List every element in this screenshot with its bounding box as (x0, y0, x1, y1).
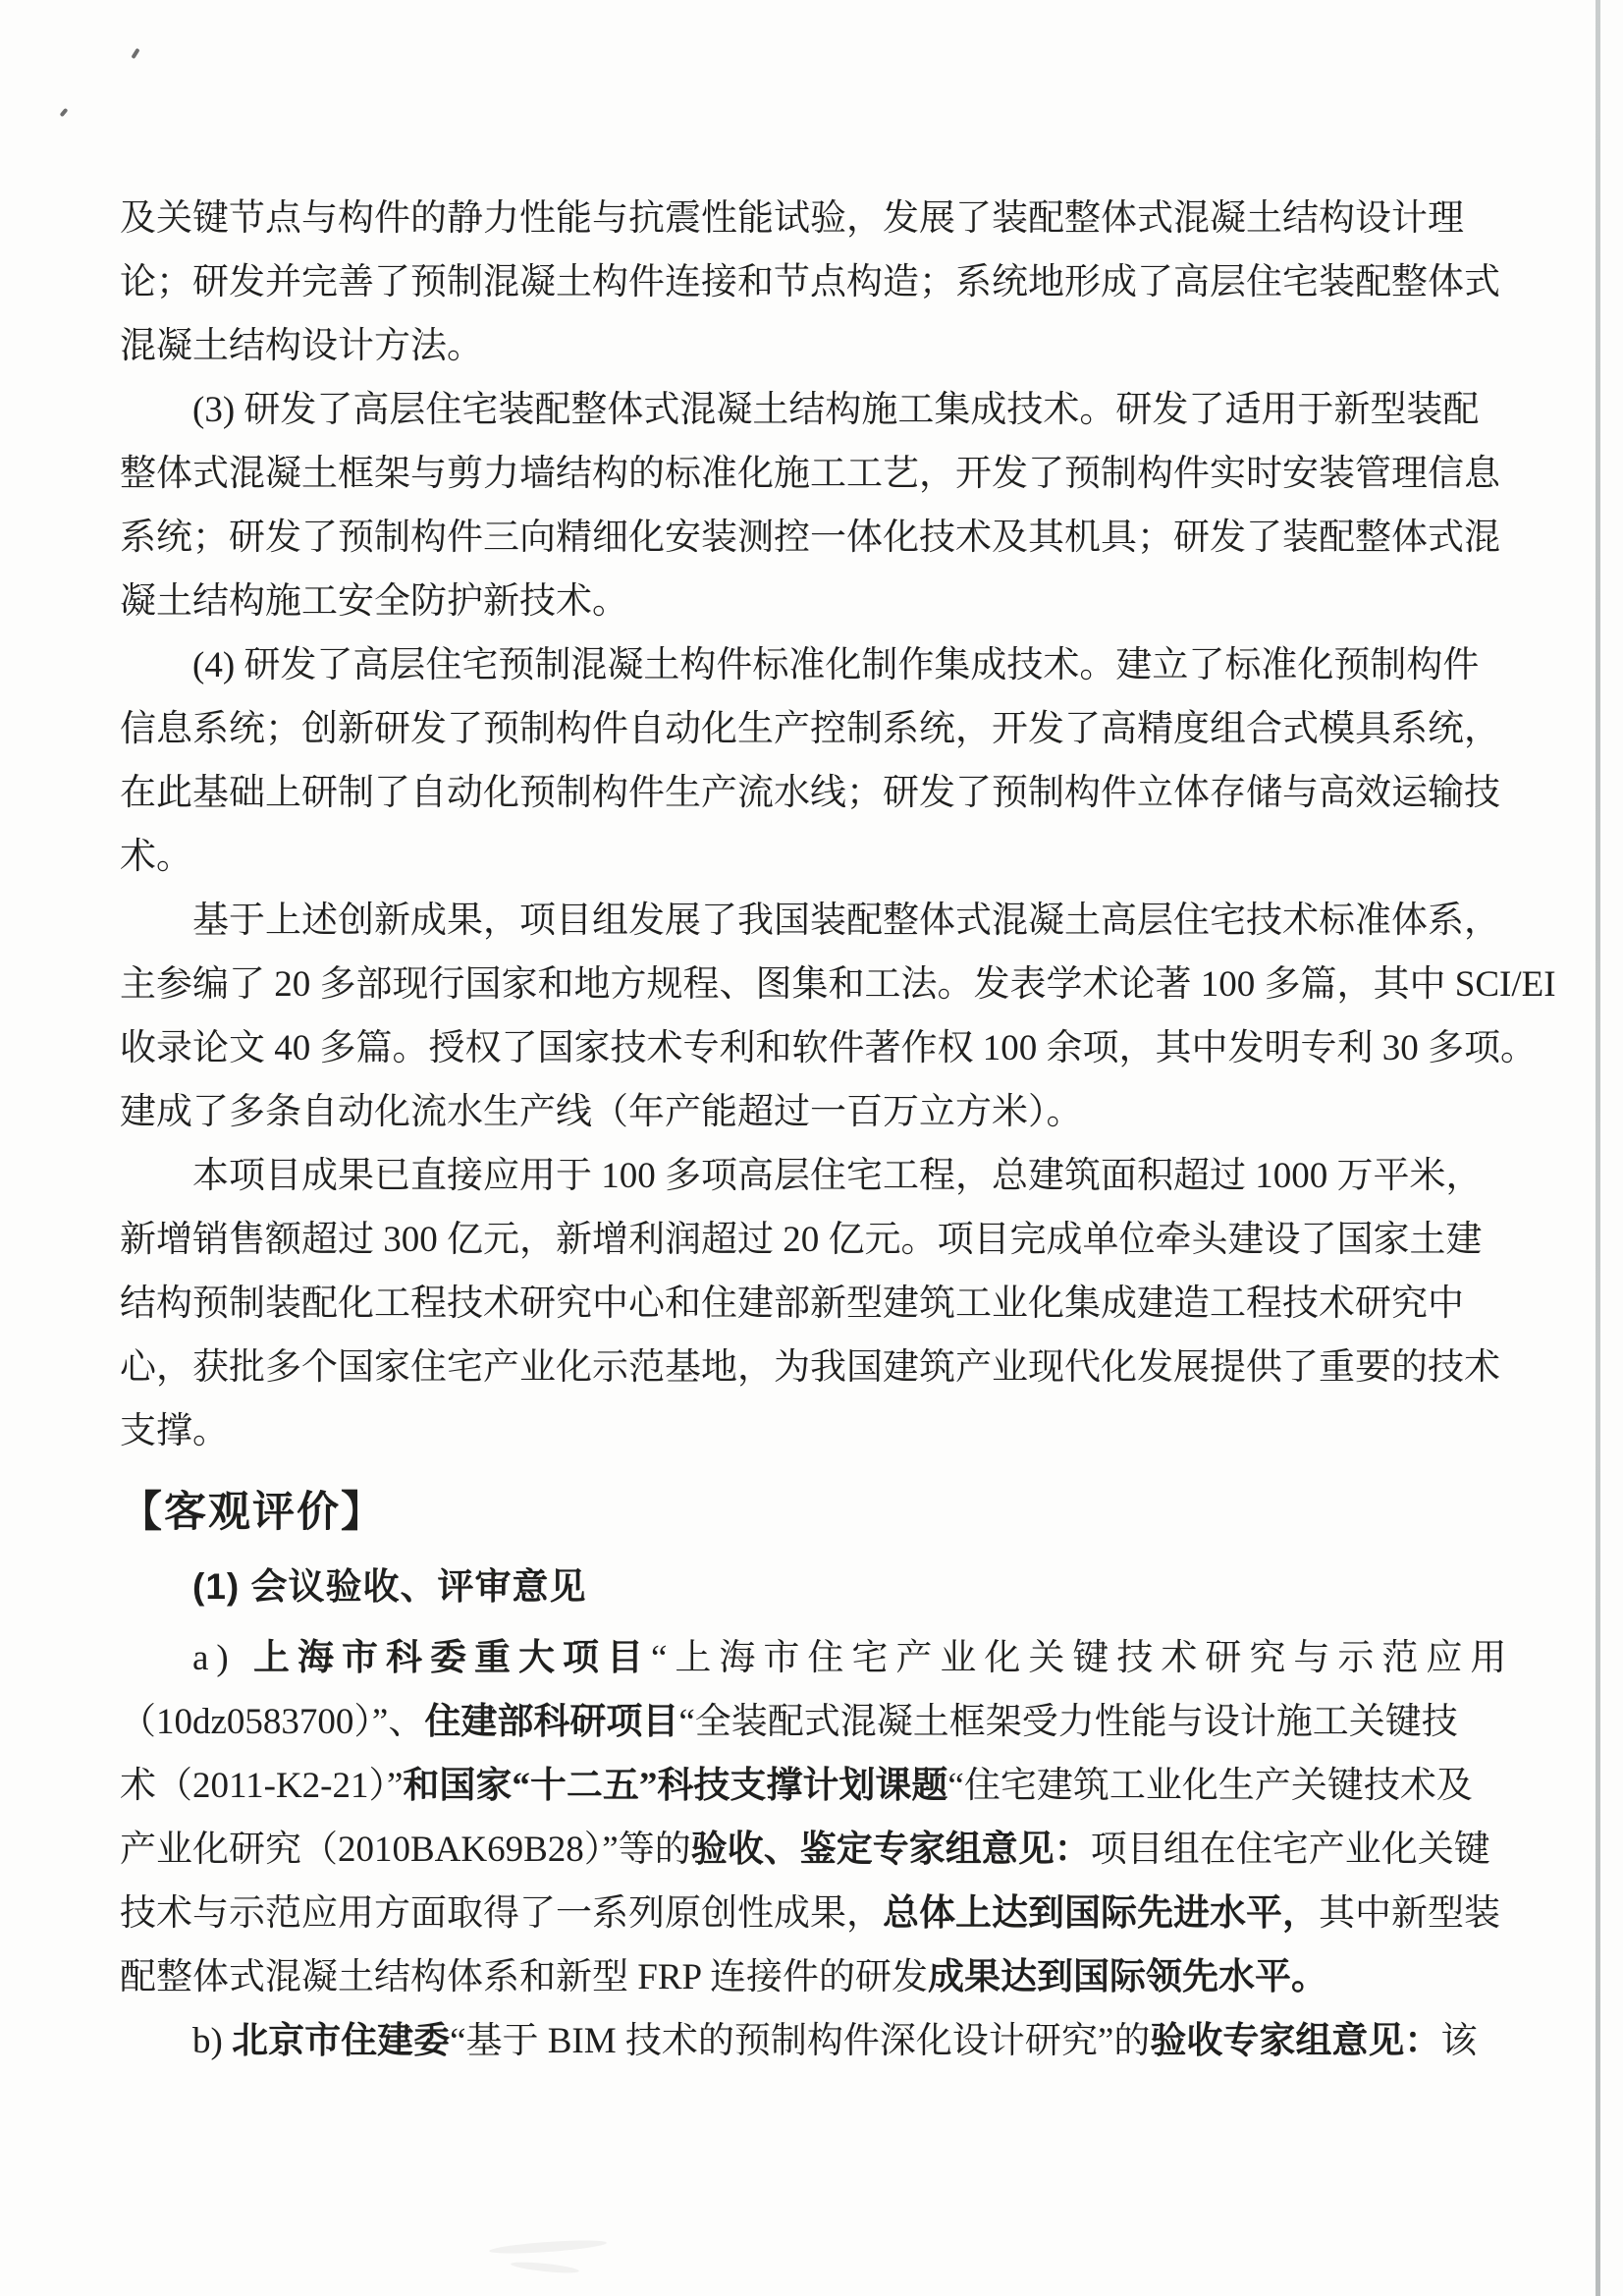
scan-smudge (489, 2238, 607, 2256)
text-run: 信息系统；创新研发了预制构件自动化生产控制系统，开发了高精度组合式模具系统， (120, 709, 1500, 749)
scan-smudge (511, 2260, 579, 2274)
text-run: b) (192, 2021, 232, 2061)
text-run: 凝土结构施工安全防护新技术。 (120, 581, 628, 622)
text-run-bold: 北京市住建委 (232, 2021, 450, 2061)
text-line: 凝土结构施工安全防护新技术。 (120, 570, 1505, 633)
text-run-bold: 总体上达到国际先进水平， (883, 1893, 1319, 1934)
text-run: 支撑。 (120, 1411, 229, 1451)
text-line: b) 北京市住建委“基于 BIM 技术的预制构件深化设计研究”的验收专家组意见：… (120, 2009, 1505, 2073)
text-run: 心，获批多个国家住宅产业化示范基地，为我国建筑产业现代化发展提供了重要的技术 (120, 1347, 1500, 1388)
para-application-and-impact: 本项目成果已直接应用于 100 多项高层住宅工程，总建筑面积超过 1000 万平… (120, 1144, 1505, 1463)
text-run: 主参编了 20 多部现行国家和地方规程、图集和工法。发表学术论著 100 多篇，… (120, 964, 1556, 1005)
text-line: (1) 会议验收、评审意见 (120, 1555, 1505, 1618)
text-line: 收录论文 40 多篇。授权了国家技术专利和软件著作权 100 余项，其中发明专利… (120, 1016, 1505, 1080)
text-run: （10dz0583700）”、 (120, 1702, 424, 1742)
text-run: 整体式混凝土框架与剪力墙结构的标准化施工工艺，开发了预制构件实时安装管理信息 (120, 454, 1500, 494)
text-run: 项目组在住宅产业化关键 (1091, 1830, 1490, 1870)
text-line: 配整体式混凝土结构体系和新型 FRP 连接件的研发成果达到国际领先水平。 (120, 1945, 1505, 2009)
text-run: “住宅建筑工业化生产关键技术及 (947, 1766, 1472, 1806)
text-run-bold: 住建部科研项目 (424, 1702, 678, 1742)
text-line: 及关键节点与构件的静力性能与抗震性能试验，发展了装配整体式混凝土结构设计理 (120, 187, 1505, 250)
text-run: 配整体式混凝土结构体系和新型 FRP 连接件的研发 (120, 1957, 928, 1997)
text-run-bold: (1) 会议验收、评审意见 (192, 1566, 587, 1607)
text-run: 在此基础上研制了自动化预制构件生产流水线；研发了预制构件立体存储与高效运输技 (120, 773, 1500, 813)
text-run-bold: 成果达到国际领先水平。 (928, 1957, 1327, 1997)
text-line: 整体式混凝土框架与剪力墙结构的标准化施工工艺，开发了预制构件实时安装管理信息 (120, 442, 1505, 506)
para-item3-construction-integration: (3) 研发了高层住宅装配整体式混凝土结构施工集成技术。研发了适用于新型装配整体… (120, 378, 1505, 633)
text-line: 系统；研发了预制构件三向精细化安装测控一体化技术及其机具；研发了装配整体式混 (120, 506, 1505, 570)
text-line: 心，获批多个国家住宅产业化示范基地，为我国建筑产业现代化发展提供了重要的技术 (120, 1336, 1505, 1399)
text-run: (3) 研发了高层住宅装配整体式混凝土结构施工集成技术。研发了适用于新型装配 (192, 390, 1479, 430)
para-carryover-design-method: 及关键节点与构件的静力性能与抗震性能试验，发展了装配整体式混凝土结构设计理论；研… (120, 187, 1505, 378)
text-run: 系统；研发了预制构件三向精细化安装测控一体化技术及其机具；研发了装配整体式混 (120, 518, 1500, 558)
text-line: 本项目成果已直接应用于 100 多项高层住宅工程，总建筑面积超过 1000 万平… (120, 1144, 1505, 1208)
text-run: 收录论文 40 多篇。授权了国家技术专利和软件著作权 100 余项，其中发明专利… (120, 1028, 1537, 1068)
text-run: “基于 BIM 技术的预制构件深化设计研究”的 (450, 2021, 1150, 2061)
text-line: 新增销售额超过 300 亿元，新增利润超过 20 亿元。项目完成单位牵头建设了国… (120, 1208, 1505, 1272)
text-run: 本项目成果已直接应用于 100 多项高层住宅工程，总建筑面积超过 1000 万平… (192, 1156, 1483, 1196)
text-flow: 及关键节点与构件的静力性能与抗震性能试验，发展了装配整体式混凝土结构设计理论；研… (0, 0, 1623, 2073)
text-line: 术。 (120, 825, 1505, 889)
text-line: 技术与示范应用方面取得了一系列原创性成果，总体上达到国际先进水平，其中新型装 (120, 1882, 1505, 1945)
text-run: 该 (1440, 2021, 1477, 2061)
text-line: 基于上述创新成果，项目组发展了我国装配整体式混凝土高层住宅技术标准体系， (120, 889, 1505, 953)
text-run-bold: 和国家“十二五”科技支撑计划课题 (403, 1766, 947, 1806)
text-line: 结构预制装配化工程技术研究中心和住建部新型建筑工业化集成建造工程技术研究中 (120, 1272, 1505, 1336)
para-a-shanghai-project-opinions: a) 上海市科委重大项目“上海市住宅产业化关键技术研究与示范应用（10dz058… (120, 1626, 1505, 2009)
text-line: 混凝土结构设计方法。 (120, 314, 1505, 378)
text-run: 新增销售额超过 300 亿元，新增利润超过 20 亿元。项目完成单位牵头建设了国… (120, 1220, 1483, 1260)
text-run: (4) 研发了高层住宅预制混凝土构件标准化制作集成技术。建立了标准化预制构件 (192, 645, 1479, 685)
text-run: 基于上述创新成果，项目组发展了我国装配整体式混凝土高层住宅技术标准体系， (192, 901, 1500, 941)
text-run-bold: 验收专家组意见： (1150, 2021, 1440, 2061)
scan-edge-line (1596, 0, 1600, 2296)
document-page: 及关键节点与构件的静力性能与抗震性能试验，发展了装配整体式混凝土结构设计理论；研… (0, 0, 1623, 2296)
para-b-beijing-bim-project-opinion: b) 北京市住建委“基于 BIM 技术的预制构件深化设计研究”的验收专家组意见：… (120, 2009, 1505, 2073)
heading-objective-evaluation: 【客观评价】 (120, 1481, 1505, 1545)
text-line: 支撑。 (120, 1399, 1505, 1463)
text-run: 产业化研究（2010BAK69B28）”等的 (120, 1830, 691, 1870)
text-run-bold: 【客观评价】 (120, 1489, 385, 1536)
text-line: 术（2011-K2-21）”和国家“十二五”科技支撑计划课题“住宅建筑工业化生产… (120, 1754, 1505, 1818)
text-run-bold: 上海市科委重大项目 (253, 1638, 651, 1678)
text-run-bold: 验收、鉴定专家组意见： (691, 1830, 1091, 1870)
text-line: 产业化研究（2010BAK69B28）”等的验收、鉴定专家组意见：项目组在住宅产… (120, 1818, 1505, 1882)
text-run: “全装配式混凝土框架受力性能与设计施工关键技 (678, 1702, 1457, 1742)
text-run: 技术与示范应用方面取得了一系列原创性成果， (120, 1893, 883, 1934)
text-run: “上海市住宅产业化关键技术研究与示范应用 (651, 1638, 1514, 1678)
text-run: 论；研发并完善了预制混凝土构件连接和节点构造；系统地形成了高层住宅装配整体式 (120, 262, 1500, 302)
text-line: 信息系统；创新研发了预制构件自动化生产控制系统，开发了高精度组合式模具系统， (120, 697, 1505, 761)
para-standards-and-patents: 基于上述创新成果，项目组发展了我国装配整体式混凝土高层住宅技术标准体系，主参编了… (120, 889, 1505, 1144)
text-line: 主参编了 20 多部现行国家和地方规程、图集和工法。发表学术论著 100 多篇，… (120, 953, 1505, 1016)
text-run: 建成了多条自动化流水生产线（年产能超过一百万立方米）。 (120, 1092, 1083, 1132)
text-run: 术（2011-K2-21）” (120, 1766, 403, 1806)
text-run: 混凝土结构设计方法。 (120, 326, 483, 366)
text-line: 在此基础上研制了自动化预制构件生产流水线；研发了预制构件立体存储与高效运输技 (120, 761, 1505, 825)
text-line: (3) 研发了高层住宅装配整体式混凝土结构施工集成技术。研发了适用于新型装配 (120, 378, 1505, 442)
text-line: 建成了多条自动化流水生产线（年产能超过一百万立方米）。 (120, 1080, 1505, 1144)
text-run: 其中新型装 (1319, 1893, 1500, 1934)
text-run: a) (192, 1638, 253, 1678)
text-run: 结构预制装配化工程技术研究中心和住建部新型建筑工业化集成建造工程技术研究中 (120, 1284, 1464, 1324)
subheading-meeting-acceptance-review: (1) 会议验收、评审意见 (120, 1555, 1505, 1618)
para-item4-component-fabrication: (4) 研发了高层住宅预制混凝土构件标准化制作集成技术。建立了标准化预制构件信息… (120, 633, 1505, 889)
text-run: 及关键节点与构件的静力性能与抗震性能试验，发展了装配整体式混凝土结构设计理 (120, 198, 1464, 239)
text-line: 论；研发并完善了预制混凝土构件连接和节点构造；系统地形成了高层住宅装配整体式 (120, 250, 1505, 314)
text-line: （10dz0583700）”、住建部科研项目“全装配式混凝土框架受力性能与设计施… (120, 1690, 1505, 1754)
text-line: 【客观评价】 (120, 1481, 1505, 1545)
text-line: (4) 研发了高层住宅预制混凝土构件标准化制作集成技术。建立了标准化预制构件 (120, 633, 1505, 697)
text-line: a) 上海市科委重大项目“上海市住宅产业化关键技术研究与示范应用 (120, 1626, 1505, 1690)
text-run: 术。 (120, 837, 192, 877)
